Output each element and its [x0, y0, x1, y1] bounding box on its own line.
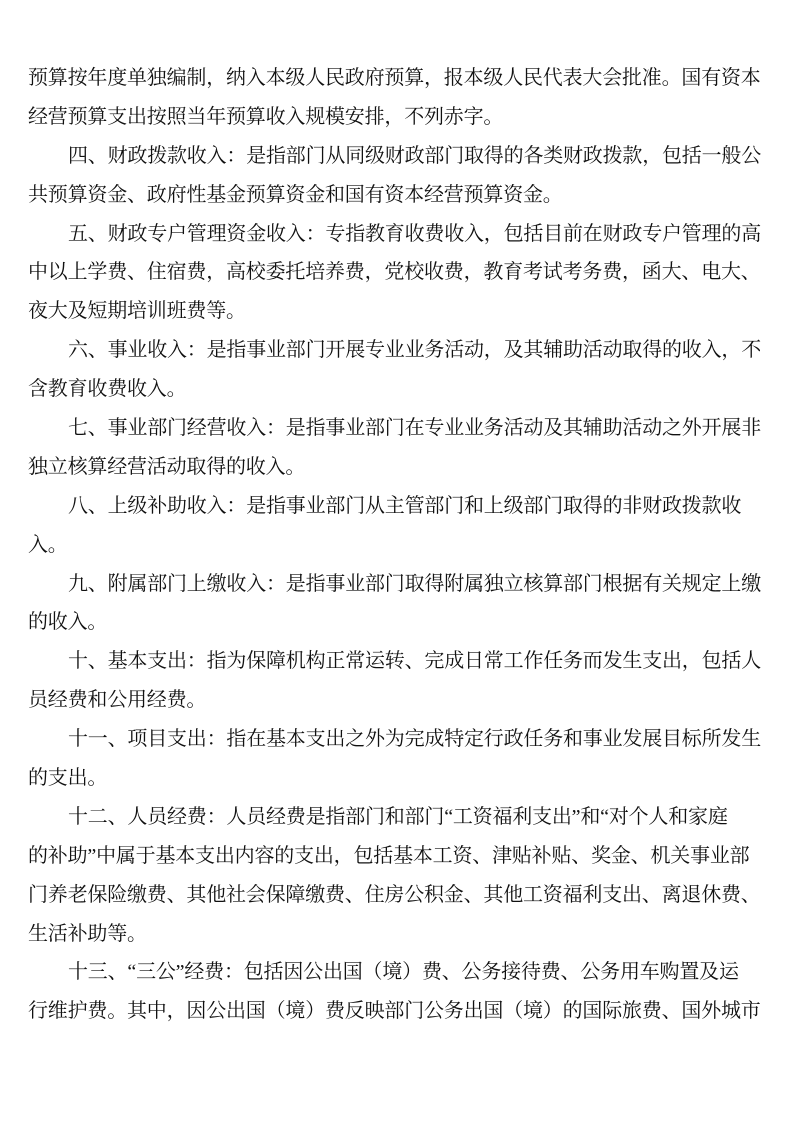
text-line: 中以上学费、住宿费，高校委托培养费，党校收费，教育考试考务费，函大、电大、: [28, 253, 770, 292]
text-line: 预算按年度单独编制，纳入本级人民政府预算，报本级人民代表大会批准。国有资本: [28, 59, 770, 98]
paragraph: 八、上级补助收入：是指事业部门从主管部门和上级部门取得的非财政拨款收入。: [28, 487, 770, 565]
text-line: 十、基本支出：指为保障机构正常运转、完成日常工作任务而发生支出，包括人: [28, 642, 770, 681]
text-line: 夜大及短期培训班费等。: [28, 292, 770, 331]
paragraph: 六、事业收入：是指事业部门开展专业业务活动，及其辅助活动取得的收入，不含教育收费…: [28, 331, 770, 409]
text-line: 六、事业收入：是指事业部门开展专业业务活动，及其辅助活动取得的收入，不: [28, 331, 770, 370]
text-line: 十三、“三公”经费：包括因公出国（境）费、公务接待费、公务用车购置及运: [28, 953, 770, 992]
text-line: 八、上级补助收入：是指事业部门从主管部门和上级部门取得的非财政拨款收: [28, 487, 770, 526]
document-page: 预算按年度单独编制，纳入本级人民政府预算，报本级人民代表大会批准。国有资本经营预…: [0, 0, 793, 1122]
paragraph: 十一、项目支出：指在基本支出之外为完成特定行政任务和事业发展目标所发生的支出。: [28, 720, 770, 798]
text-line: 的收入。: [28, 603, 770, 642]
text-line: 十二、人员经费：人员经费是指部门和部门“工资福利支出”和“对个人和家庭: [28, 798, 770, 837]
text-line: 七、事业部门经营收入：是指事业部门在专业业务活动及其辅助活动之外开展非: [28, 409, 770, 448]
text-line: 经营预算支出按照当年预算收入规模安排，不列赤字。: [28, 98, 770, 137]
paragraph: 十二、人员经费：人员经费是指部门和部门“工资福利支出”和“对个人和家庭的补助”中…: [28, 798, 770, 954]
text-line: 四、财政拨款收入：是指部门从同级财政部门取得的各类财政拨款，包括一般公: [28, 137, 770, 176]
text-line: 独立核算经营活动取得的收入。: [28, 448, 770, 487]
text-line: 行维护费。其中，因公出国（境）费反映部门公务出国（境）的国际旅费、国外城市: [28, 992, 770, 1031]
paragraph: 十、基本支出：指为保障机构正常运转、完成日常工作任务而发生支出，包括人员经费和公…: [28, 642, 770, 720]
text-line: 的补助”中属于基本支出内容的支出，包括基本工资、津贴补贴、奖金、机关事业部: [28, 837, 770, 876]
text-line: 五、财政专户管理资金收入：专指教育收费收入，包括目前在财政专户管理的高: [28, 215, 770, 254]
text-line: 入。: [28, 526, 770, 565]
text-line: 员经费和公用经费。: [28, 681, 770, 720]
paragraph: 预算按年度单独编制，纳入本级人民政府预算，报本级人民代表大会批准。国有资本经营预…: [28, 59, 770, 137]
text-line: 十一、项目支出：指在基本支出之外为完成特定行政任务和事业发展目标所发生: [28, 720, 770, 759]
paragraph: 十三、“三公”经费：包括因公出国（境）费、公务接待费、公务用车购置及运行维护费。…: [28, 953, 770, 1031]
paragraph: 七、事业部门经营收入：是指事业部门在专业业务活动及其辅助活动之外开展非独立核算经…: [28, 409, 770, 487]
text-line: 共预算资金、政府性基金预算资金和国有资本经营预算资金。: [28, 176, 770, 215]
text-line: 生活补助等。: [28, 915, 770, 954]
document-text: 预算按年度单独编制，纳入本级人民政府预算，报本级人民代表大会批准。国有资本经营预…: [28, 59, 770, 1031]
text-line: 含教育收费收入。: [28, 370, 770, 409]
text-line: 的支出。: [28, 759, 770, 798]
paragraph: 四、财政拨款收入：是指部门从同级财政部门取得的各类财政拨款，包括一般公共预算资金…: [28, 137, 770, 215]
text-line: 门养老保险缴费、其他社会保障缴费、住房公积金、其他工资福利支出、离退休费、: [28, 876, 770, 915]
text-line: 九、附属部门上缴收入：是指事业部门取得附属独立核算部门根据有关规定上缴: [28, 565, 770, 604]
paragraph: 九、附属部门上缴收入：是指事业部门取得附属独立核算部门根据有关规定上缴的收入。: [28, 565, 770, 643]
paragraph: 五、财政专户管理资金收入：专指教育收费收入，包括目前在财政专户管理的高中以上学费…: [28, 215, 770, 332]
